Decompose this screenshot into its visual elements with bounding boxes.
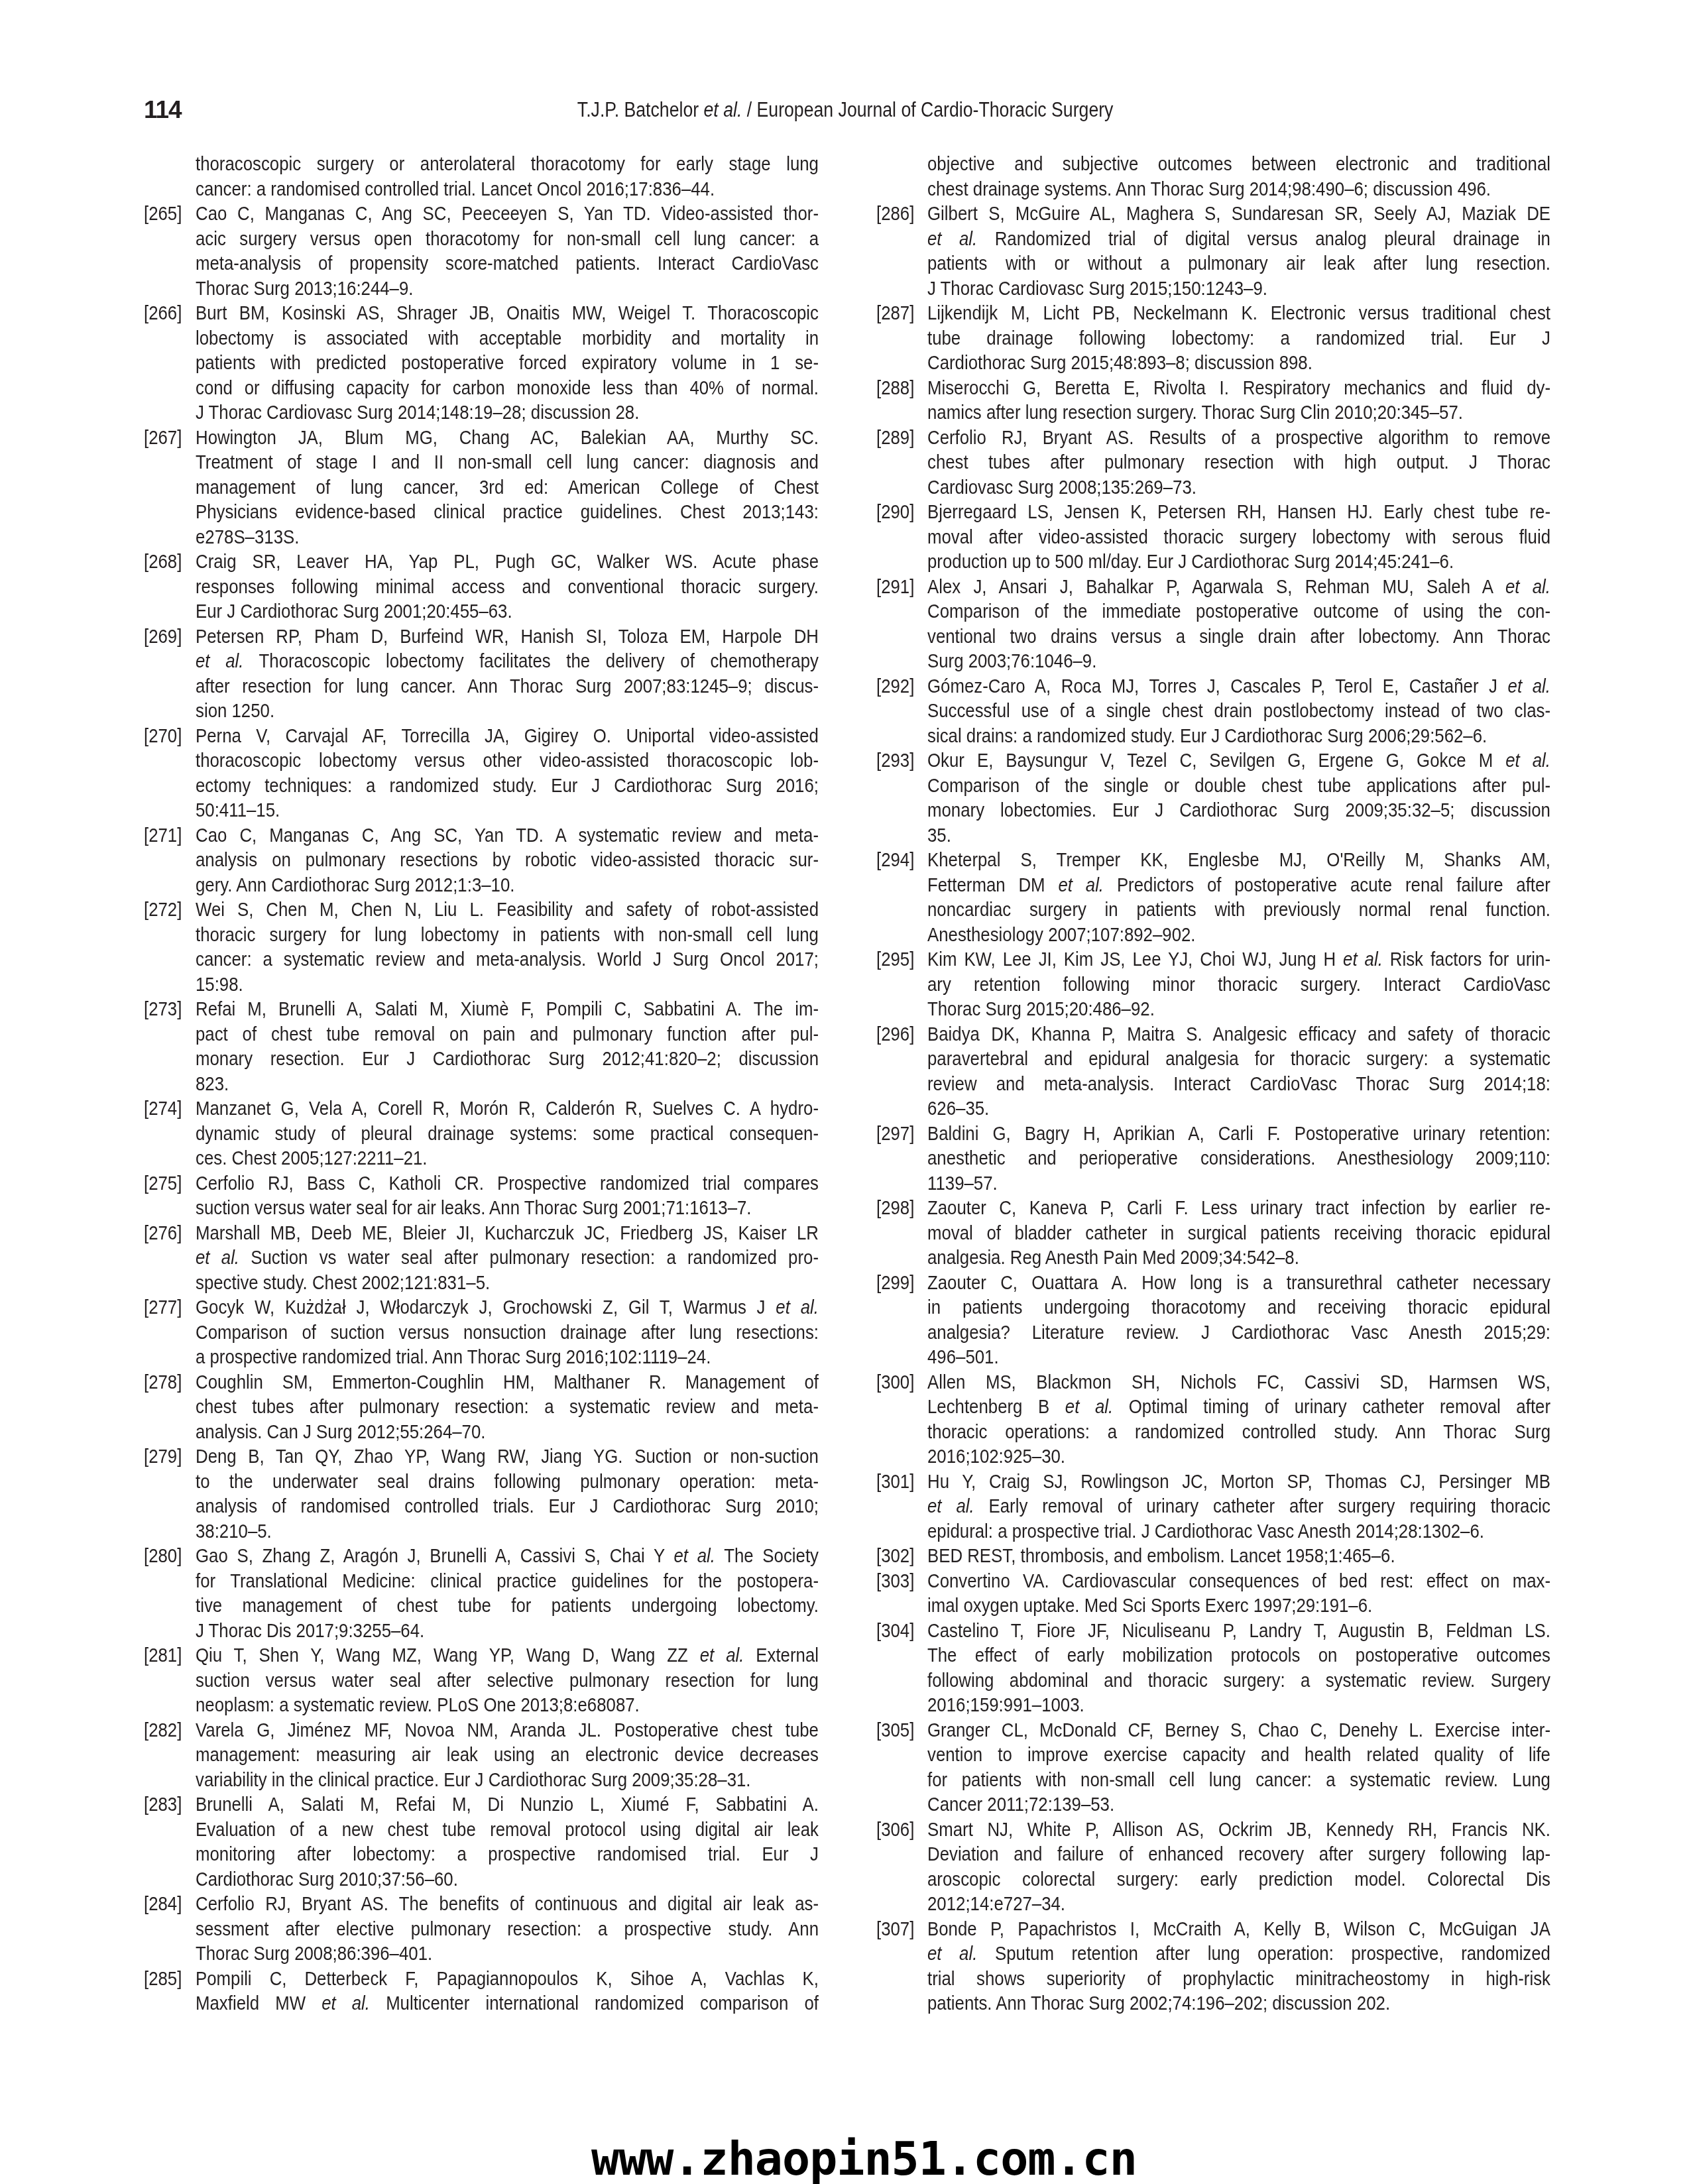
reference-number: [297] [876,1121,914,1147]
reference-line: Cao C, Manganas C, Ang SC, Yan TD. A sys… [196,823,819,848]
reference-number: [281] [144,1643,182,1668]
reference-text: Cerfolio RJ, Bryant AS. Results of a pro… [927,426,1550,500]
reference-line: lobectomy is associated with acceptable … [196,326,819,351]
reference-entry: [286]Gilbert S, McGuire AL, Maghera S, S… [876,201,1550,301]
reference-line: thoracoscopic lobectomy versus other vid… [196,748,819,774]
reference-line: Bjerregaard LS, Jensen K, Petersen RH, H… [927,500,1550,525]
reference-line: et al. Sputum retention after lung opera… [927,1941,1550,1967]
reference-number: [303] [876,1569,914,1594]
reference-text: Manzanet G, Vela A, Corell R, Morón R, C… [196,1096,819,1171]
reference-number: [282] [144,1718,182,1743]
reference-line: Surg 2003;76:1046–9. [927,649,1550,674]
reference-entry: [276]Marshall MB, Deeb ME, Bleier JI, Ku… [144,1221,819,1296]
reference-number: [304] [876,1619,914,1644]
et-al-italic: et al. [927,1943,977,1965]
reference-line: Kheterpal S, Tremper KK, Englesbe MJ, O'… [927,848,1550,873]
reference-line: management of lung cancer, 3rd ed: Ameri… [196,475,819,500]
reference-entry: [271]Cao C, Manganas C, Ang SC, Yan TD. … [144,823,819,898]
reference-line: production up to 500 ml/day. Eur J Cardi… [927,549,1550,575]
et-al-italic: et al. [927,1495,974,1517]
reference-line: Varela G, Jiménez MF, Novoa NM, Aranda J… [196,1718,819,1743]
reference-line: suction versus water seal after selectiv… [196,1668,819,1694]
reference-text: Hu Y, Craig SJ, Rowlingson JC, Morton SP… [927,1469,1550,1544]
reference-number: [288] [876,376,914,401]
et-al-italic: et al. [776,1296,819,1318]
reference-line: monary resection. Eur J Cardiothorac Sur… [196,1047,819,1072]
reference-line: tive management of chest tube for patien… [196,1593,819,1619]
reference-line: Cardiothorac Surg 2010;37:56–60. [196,1867,819,1892]
reference-entry: [274]Manzanet G, Vela A, Corell R, Morón… [144,1096,819,1171]
reference-line: variability in the clinical practice. Eu… [196,1768,819,1793]
reference-line: chest drainage systems. Ann Thorac Surg … [927,177,1550,202]
reference-line: analysis. Can J Surg 2012;55:264–70. [196,1420,819,1445]
reference-line: 1139–57. [927,1171,1550,1196]
reference-entry: [297]Baldini G, Bagry H, Aprikian A, Car… [876,1121,1550,1196]
reference-line: Evaluation of a new chest tube removal p… [196,1817,819,1843]
reference-entry: [296]Baidya DK, Khanna P, Maitra S. Anal… [876,1022,1550,1121]
reference-line: after resection for lung cancer. Ann Tho… [196,674,819,699]
reference-text: Convertino VA. Cardiovascular consequenc… [927,1569,1550,1619]
reference-line: J Thorac Cardiovasc Surg 2015;150:1243–9… [927,276,1550,302]
reference-line: Successful use of a single chest drain p… [927,699,1550,724]
reference-number: [289] [876,426,914,451]
reference-line: analysis of randomised controlled trials… [196,1494,819,1519]
reference-line: acic surgery versus open thoracotomy for… [196,227,819,252]
reference-line: spective study. Chest 2002;121:831–5. [196,1271,819,1296]
reference-entry: [268]Craig SR, Leaver HA, Yap PL, Pugh G… [144,549,819,624]
reference-line: following abdominal and thoracic surgery… [927,1668,1550,1694]
reference-line: gery. Ann Cardiothorac Surg 2012;1:3–10. [196,873,819,898]
reference-text: Perna V, Carvajal AF, Torrecilla JA, Gig… [196,724,819,823]
running-head-etal: et al. [704,98,742,121]
reference-line: trial shows superiority of prophylactic … [927,1967,1550,1992]
reference-number: [302] [876,1544,914,1569]
reference-text: Kheterpal S, Tremper KK, Englesbe MJ, O'… [927,848,1550,947]
reference-number: [300] [876,1370,914,1395]
reference-line: Petersen RP, Pham D, Burfeind WR, Hanish… [196,624,819,650]
reference-line: Miserocchi G, Beretta E, Rivolta I. Resp… [927,376,1550,401]
reference-line: ectomy techniques: a randomized study. E… [196,774,819,799]
reference-text: Burt BM, Kosinski AS, Shrager JB, Onaiti… [196,301,819,426]
reference-line: chest tubes after pulmonary resection wi… [927,450,1550,475]
reference-text: Varela G, Jiménez MF, Novoa NM, Aranda J… [196,1718,819,1793]
reference-text: Alex J, Ansari J, Bahalkar P, Agarwala S… [927,575,1550,674]
reference-text: Zaouter C, Kaneva P, Carli F. Less urina… [927,1196,1550,1271]
reference-entry: [291]Alex J, Ansari J, Bahalkar P, Agarw… [876,575,1550,674]
reference-entry: objective and subjective outcomes betwee… [876,152,1550,201]
reference-line: 50:411–15. [196,798,819,823]
reference-number: [271] [144,823,182,848]
reference-text: Pompili C, Detterbeck F, Papagiannopoulo… [196,1967,819,2016]
reference-entry: [307]Bonde P, Papachristos I, McCraith A… [876,1917,1550,2016]
reference-entry: [304]Castelino T, Fiore JF, Niculiseanu … [876,1619,1550,1718]
reference-line: Qiu T, Shen Y, Wang MZ, Wang YP, Wang D,… [196,1643,819,1668]
reference-number: [295] [876,947,914,972]
reference-entry: [306]Smart NJ, White P, Allison AS, Ockr… [876,1817,1550,1917]
reference-line: Anesthesiology 2007;107:892–902. [927,923,1550,948]
reference-list-left-column: thoracoscopic surgery or anterolateral t… [144,152,819,2016]
et-al-italic: et al. [927,228,977,250]
reference-line: ces. Chest 2005;127:2211–21. [196,1146,819,1171]
reference-line: thoracic operations: a randomized contro… [927,1420,1550,1445]
reference-number: [265] [144,201,182,227]
reference-text: Coughlin SM, Emmerton-Coughlin HM, Malth… [196,1370,819,1445]
reference-line: Gao S, Zhang Z, Aragón J, Brunelli A, Ca… [196,1544,819,1569]
reference-text: Baldini G, Bagry H, Aprikian A, Carli F.… [927,1121,1550,1196]
reference-entry: [283]Brunelli A, Salati M, Refai M, Di N… [144,1792,819,1892]
reference-text: Refai M, Brunelli A, Salati M, Xiumè F, … [196,997,819,1096]
reference-line: Thorac Surg 2008;86:396–401. [196,1941,819,1967]
reference-number: [292] [876,674,914,699]
reference-text: Kim KW, Lee JI, Kim JS, Lee YJ, Choi WJ,… [927,947,1550,1022]
reference-line: Zaouter C, Ouattara A. How long is a tra… [927,1271,1550,1296]
reference-line: sion 1250. [196,699,819,724]
reference-text: Bjerregaard LS, Jensen K, Petersen RH, H… [927,500,1550,575]
reference-line: Pompili C, Detterbeck F, Papagiannopoulo… [196,1967,819,1992]
reference-number: [298] [876,1196,914,1221]
reference-line: Deviation and failure of enhanced recove… [927,1842,1550,1867]
reference-line: Comparison of the immediate postoperativ… [927,599,1550,624]
reference-line: moval of bladder catheter in surgical pa… [927,1221,1550,1246]
reference-line: pact of chest tube removal on pain and p… [196,1022,819,1047]
reference-line: namics after lung resection surgery. Tho… [927,400,1550,426]
reference-line: Cerfolio RJ, Bass C, Katholi CR. Prospec… [196,1171,819,1196]
reference-entry: [270]Perna V, Carvajal AF, Torrecilla JA… [144,724,819,823]
running-head-journal: / European Journal of Cardio-Thoracic Su… [742,98,1114,121]
reference-line: in patients undergoing thoracotomy and r… [927,1295,1550,1320]
reference-text: Granger CL, McDonald CF, Berney S, Chao … [927,1718,1550,1817]
reference-line: a prospective randomized trial. Ann Thor… [196,1345,819,1370]
reference-number: [276] [144,1221,182,1246]
reference-line: Hu Y, Craig SJ, Rowlingson JC, Morton SP… [927,1469,1550,1495]
reference-line: vention to improve exercise capacity and… [927,1743,1550,1768]
reference-line: neoplasm: a systematic review. PLoS One … [196,1693,819,1718]
et-al-italic: et al. [673,1545,715,1567]
reference-text: Gilbert S, McGuire AL, Maghera S, Sundar… [927,201,1550,301]
reference-text: Qiu T, Shen Y, Wang MZ, Wang YP, Wang D,… [196,1643,819,1718]
reference-line: thoracic surgery for lung lobectomy in p… [196,923,819,948]
reference-line: analgesia. Reg Anesth Pain Med 2009;34:5… [927,1245,1550,1271]
reference-line: monitoring after lobectomy: a prospectiv… [196,1842,819,1867]
reference-text: Bonde P, Papachristos I, McCraith A, Kel… [927,1917,1550,2016]
reference-line: BED REST, thrombosis, and embolism. Lanc… [927,1544,1550,1569]
reference-entry: [279]Deng B, Tan QY, Zhao YP, Wang RW, J… [144,1444,819,1544]
reference-line: Cardiothorac Surg 2015;48:893–8; discuss… [927,351,1550,376]
reference-entry: [285]Pompili C, Detterbeck F, Papagianno… [144,1967,819,2016]
reference-line: dynamic study of pleural drainage system… [196,1121,819,1147]
reference-line: for patients with non-small cell lung ca… [927,1768,1550,1793]
reference-number: [277] [144,1295,182,1320]
reference-entry: [272]Wei S, Chen M, Chen N, Liu L. Feasi… [144,897,819,997]
reference-text: Smart NJ, White P, Allison AS, Ockrim JB… [927,1817,1550,1917]
reference-line: Gocyk W, Kużdżał J, Włodarczyk J, Grocho… [196,1295,819,1320]
reference-entry: [282]Varela G, Jiménez MF, Novoa NM, Ara… [144,1718,819,1793]
reference-line: to the underwater seal drains following … [196,1469,819,1495]
reference-entry: [269]Petersen RP, Pham D, Burfeind WR, H… [144,624,819,724]
reference-number: [301] [876,1469,914,1495]
et-al-italic: et al. [1505,576,1550,598]
reference-line: Maxfield MW et al. Multicenter internati… [196,1991,819,2016]
reference-line: Alex J, Ansari J, Bahalkar P, Agarwala S… [927,575,1550,600]
reference-entry: [302]BED REST, thrombosis, and embolism.… [876,1544,1550,1569]
reference-number: [283] [144,1792,182,1817]
reference-text: Zaouter C, Ouattara A. How long is a tra… [927,1271,1550,1370]
reference-line: Marshall MB, Deeb ME, Bleier JI, Kucharc… [196,1221,819,1246]
reference-text: BED REST, thrombosis, and embolism. Lanc… [927,1544,1550,1569]
reference-line: patients with or without a pulmonary air… [927,251,1550,276]
reference-line: Okur E, Baysungur V, Tezel C, Sevilgen G… [927,748,1550,774]
et-al-italic: et al. [1065,1396,1113,1418]
reference-text: Gómez-Caro A, Roca MJ, Torres J, Cascale… [927,674,1550,749]
et-al-italic: et al. [1343,948,1383,970]
reference-text: Cao C, Manganas C, Ang SC, Yan TD. A sys… [196,823,819,898]
reference-line: Deng B, Tan QY, Zhao YP, Wang RW, Jiang … [196,1444,819,1469]
reference-text: Okur E, Baysungur V, Tezel C, Sevilgen G… [927,748,1550,848]
reference-line: Treatment of stage I and II non-small ce… [196,450,819,475]
reference-number: [275] [144,1171,182,1196]
reference-number: [268] [144,549,182,575]
reference-line: J Thorac Dis 2017;9:3255–64. [196,1619,819,1644]
reference-line: thoracoscopic surgery or anterolateral t… [196,152,819,177]
reference-number: [274] [144,1096,182,1121]
running-head: T.J.P. Batchelor et al. / European Journ… [0,97,1691,123]
reference-text: Miserocchi G, Beretta E, Rivolta I. Resp… [927,376,1550,426]
reference-text: Deng B, Tan QY, Zhao YP, Wang RW, Jiang … [196,1444,819,1544]
reference-number: [299] [876,1271,914,1296]
reference-line: Eur J Cardiothorac Surg 2001;20:455–63. [196,599,819,624]
reference-line: sessment after elective pulmonary resect… [196,1917,819,1942]
reference-line: sical drains: a randomized study. Eur J … [927,724,1550,749]
reference-line: 2016;159:991–1003. [927,1693,1550,1718]
reference-number: [273] [144,997,182,1022]
reference-entry: [277]Gocyk W, Kużdżał J, Włodarczyk J, G… [144,1295,819,1370]
reference-number: [294] [876,848,914,873]
reference-line: cond or diffusing capacity for carbon mo… [196,376,819,401]
reference-line: cancer: a randomised controlled trial. L… [196,177,819,202]
et-al-italic: et al. [321,1992,370,2014]
reference-text: Cerfolio RJ, Bass C, Katholi CR. Prospec… [196,1171,819,1221]
reference-entry: [289]Cerfolio RJ, Bryant AS. Results of … [876,426,1550,500]
reference-entry: [273]Refai M, Brunelli A, Salati M, Xium… [144,997,819,1096]
reference-line: Refai M, Brunelli A, Salati M, Xiumè F, … [196,997,819,1022]
reference-line: epidural: a prospective trial. J Cardiot… [927,1519,1550,1544]
reference-number: [280] [144,1544,182,1569]
reference-number: [267] [144,426,182,451]
reference-number: [278] [144,1370,182,1395]
reference-line: Baldini G, Bagry H, Aprikian A, Carli F.… [927,1121,1550,1147]
reference-number: [305] [876,1718,914,1743]
reference-line: suction versus water seal for air leaks.… [196,1196,819,1221]
reference-line: Wei S, Chen M, Chen N, Liu L. Feasibilit… [196,897,819,923]
reference-line: patients. Ann Thorac Surg 2002;74:196–20… [927,1991,1550,2016]
reference-entry: [267]Howington JA, Blum MG, Chang AC, Ba… [144,426,819,550]
reference-line: Convertino VA. Cardiovascular consequenc… [927,1569,1550,1594]
reference-line: e278S–313S. [196,525,819,550]
reference-entry: [293]Okur E, Baysungur V, Tezel C, Sevil… [876,748,1550,848]
reference-line: monary lobectomies. Eur J Cardiothorac S… [927,798,1550,823]
reference-number: [272] [144,897,182,923]
reference-entry: [295]Kim KW, Lee JI, Kim JS, Lee YJ, Cho… [876,947,1550,1022]
reference-number: [291] [876,575,914,600]
reference-line: imal oxygen uptake. Med Sci Sports Exerc… [927,1593,1550,1619]
reference-text: Craig SR, Leaver HA, Yap PL, Pugh GC, Wa… [196,549,819,624]
reference-number: [296] [876,1022,914,1047]
reference-entry: [299]Zaouter C, Ouattara A. How long is … [876,1271,1550,1370]
reference-entry: [265]Cao C, Manganas C, Ang SC, Peeceeye… [144,201,819,301]
reference-number: [279] [144,1444,182,1469]
reference-line: Bonde P, Papachristos I, McCraith A, Kel… [927,1917,1550,1942]
reference-text: Baidya DK, Khanna P, Maitra S. Analgesic… [927,1022,1550,1121]
reference-text: Castelino T, Fiore JF, Niculiseanu P, La… [927,1619,1550,1718]
reference-line: et al. Suction vs water seal after pulmo… [196,1245,819,1271]
reference-line: paravertebral and epidural analgesia for… [927,1047,1550,1072]
reference-entry: [288]Miserocchi G, Beretta E, Rivolta I.… [876,376,1550,426]
reference-entry: [305]Granger CL, McDonald CF, Berney S, … [876,1718,1550,1817]
reference-line: Physicians evidence-based clinical pract… [196,500,819,525]
reference-line: Burt BM, Kosinski AS, Shrager JB, Onaiti… [196,301,819,326]
reference-text: Cao C, Manganas C, Ang SC, Peeceeyen S, … [196,201,819,301]
reference-entry: [284]Cerfolio RJ, Bryant AS. The benefit… [144,1892,819,1967]
reference-text: Lijkendijk M, Licht PB, Neckelmann K. El… [927,301,1550,376]
reference-line: Gilbert S, McGuire AL, Maghera S, Sundar… [927,201,1550,227]
reference-line: et al. Early removal of urinary catheter… [927,1494,1550,1519]
reference-entry: [292]Gómez-Caro A, Roca MJ, Torres J, Ca… [876,674,1550,749]
reference-line: 35. [927,823,1550,848]
reference-entry: [298]Zaouter C, Kaneva P, Carli F. Less … [876,1196,1550,1271]
reference-text: Allen MS, Blackmon SH, Nichols FC, Cassi… [927,1370,1550,1469]
reference-line: The effect of early mobilization protoco… [927,1643,1550,1668]
watermark: www.zhaopin51.com.cn [591,2136,1137,2182]
reference-text: Wei S, Chen M, Chen N, Liu L. Feasibilit… [196,897,819,997]
reference-entry: [278]Coughlin SM, Emmerton-Coughlin HM, … [144,1370,819,1445]
reference-line: meta-analysis of propensity score-matche… [196,251,819,276]
reference-line: Cardiovasc Surg 2008;135:269–73. [927,475,1550,500]
reference-line: Thorac Surg 2013;16:244–9. [196,276,819,302]
reference-text: Petersen RP, Pham D, Burfeind WR, Hanish… [196,624,819,724]
reference-line: Cao C, Manganas C, Ang SC, Peeceeyen S, … [196,201,819,227]
reference-number: [266] [144,301,182,326]
reference-line: 496–501. [927,1345,1550,1370]
reference-entry: thoracoscopic surgery or anterolateral t… [144,152,819,201]
reference-line: moval after video-assisted thoracic surg… [927,525,1550,550]
reference-list-right-column: objective and subjective outcomes betwee… [876,152,1550,2016]
reference-line: Thorac Surg 2015;20:486–92. [927,997,1550,1022]
reference-line: Gómez-Caro A, Roca MJ, Torres J, Cascale… [927,674,1550,699]
et-al-italic: et al. [1058,874,1104,896]
et-al-italic: et al. [700,1644,744,1666]
reference-line: J Thorac Cardiovasc Surg 2014;148:19–28;… [196,400,819,426]
reference-line: Zaouter C, Kaneva P, Carli F. Less urina… [927,1196,1550,1221]
reference-line: anesthetic and perioperative considerati… [927,1146,1550,1171]
reference-text: objective and subjective outcomes betwee… [927,152,1550,201]
reference-line: et al. Thoracoscopic lobectomy facilitat… [196,649,819,674]
reference-number: [285] [144,1967,182,1992]
reference-line: analysis on pulmonary resections by robo… [196,848,819,873]
reference-line: management: measuring air leak using an … [196,1743,819,1768]
reference-entry: [287]Lijkendijk M, Licht PB, Neckelmann … [876,301,1550,376]
reference-line: chest tubes after pulmonary resection: a… [196,1395,819,1420]
reference-line: 38:210–5. [196,1519,819,1544]
reference-number: [287] [876,301,914,326]
reference-line: aroscopic colorectal surgery: early pred… [927,1867,1550,1892]
reference-entry: [281]Qiu T, Shen Y, Wang MZ, Wang YP, Wa… [144,1643,819,1718]
reference-line: Smart NJ, White P, Allison AS, Ockrim JB… [927,1817,1550,1843]
reference-entry: [266]Burt BM, Kosinski AS, Shrager JB, O… [144,301,819,426]
reference-text: Cerfolio RJ, Bryant AS. The benefits of … [196,1892,819,1967]
running-head-authors: T.J.P. Batchelor [577,98,704,121]
reference-text: Howington JA, Blum MG, Chang AC, Balekia… [196,426,819,550]
reference-entry: [294]Kheterpal S, Tremper KK, Englesbe M… [876,848,1550,947]
reference-number: [306] [876,1817,914,1843]
reference-line: Cancer 2011;72:139–53. [927,1792,1550,1817]
reference-entry: [303]Convertino VA. Cardiovascular conse… [876,1569,1550,1619]
reference-line: Allen MS, Blackmon SH, Nichols FC, Cassi… [927,1370,1550,1395]
reference-line: ary retention following minor thoracic s… [927,972,1550,998]
reference-text: Gocyk W, Kużdżał J, Włodarczyk J, Grocho… [196,1295,819,1370]
reference-line: Howington JA, Blum MG, Chang AC, Balekia… [196,426,819,451]
reference-entry: [290]Bjerregaard LS, Jensen K, Petersen … [876,500,1550,575]
reference-line: analgesia? Literature review. J Cardioth… [927,1320,1550,1346]
reference-line: 823. [196,1072,819,1097]
reference-number: [269] [144,624,182,650]
reference-line: cancer: a systematic review and meta-ana… [196,947,819,972]
reference-line: Kim KW, Lee JI, Kim JS, Lee YJ, Choi WJ,… [927,947,1550,972]
reference-line: 2016;102:925–30. [927,1444,1550,1469]
reference-line: Cerfolio RJ, Bryant AS. Results of a pro… [927,426,1550,451]
reference-number: [286] [876,201,914,227]
reference-entry: [301]Hu Y, Craig SJ, Rowlingson JC, Mort… [876,1469,1550,1544]
et-al-italic: et al. [1505,750,1550,772]
et-al-italic: et al. [1508,675,1550,697]
et-al-italic: et al. [196,1247,239,1269]
reference-line: ventional two drains versus a single dra… [927,624,1550,650]
reference-text: thoracoscopic surgery or anterolateral t… [196,152,819,201]
reference-line: review and meta-analysis. Interact Cardi… [927,1072,1550,1097]
reference-number: [290] [876,500,914,525]
reference-line: Comparison of the single or double chest… [927,774,1550,799]
reference-number: [270] [144,724,182,749]
reference-line: for Translational Medicine: clinical pra… [196,1569,819,1594]
reference-line: Coughlin SM, Emmerton-Coughlin HM, Malth… [196,1370,819,1395]
reference-number: [284] [144,1892,182,1917]
reference-line: Fetterman DM et al. Predictors of postop… [927,873,1550,898]
reference-line: Manzanet G, Vela A, Corell R, Morón R, C… [196,1096,819,1121]
reference-entry: [300]Allen MS, Blackmon SH, Nichols FC, … [876,1370,1550,1469]
reference-line: 15:98. [196,972,819,998]
reference-line: Cerfolio RJ, Bryant AS. The benefits of … [196,1892,819,1917]
reference-line: Perna V, Carvajal AF, Torrecilla JA, Gig… [196,724,819,749]
reference-line: noncardiac surgery in patients with prev… [927,897,1550,923]
reference-line: 626–35. [927,1096,1550,1121]
reference-line: patients with predicted postoperative fo… [196,351,819,376]
et-al-italic: et al. [196,650,243,672]
reference-line: 2012;14:e727–34. [927,1892,1550,1917]
reference-line: Comparison of suction versus nonsuction … [196,1320,819,1346]
reference-entry: [280]Gao S, Zhang Z, Aragón J, Brunelli … [144,1544,819,1643]
reference-line: Baidya DK, Khanna P, Maitra S. Analgesic… [927,1022,1550,1047]
reference-line: Castelino T, Fiore JF, Niculiseanu P, La… [927,1619,1550,1644]
reference-number: [293] [876,748,914,774]
reference-line: tube drainage following lobectomy: a ran… [927,326,1550,351]
reference-line: Lechtenberg B et al. Optimal timing of u… [927,1395,1550,1420]
reference-line: Brunelli A, Salati M, Refai M, Di Nunzio… [196,1792,819,1817]
reference-text: Marshall MB, Deeb ME, Bleier JI, Kucharc… [196,1221,819,1296]
reference-text: Brunelli A, Salati M, Refai M, Di Nunzio… [196,1792,819,1892]
reference-entry: [275]Cerfolio RJ, Bass C, Katholi CR. Pr… [144,1171,819,1221]
reference-line: objective and subjective outcomes betwee… [927,152,1550,177]
reference-line: responses following minimal access and c… [196,575,819,600]
reference-line: Granger CL, McDonald CF, Berney S, Chao … [927,1718,1550,1743]
